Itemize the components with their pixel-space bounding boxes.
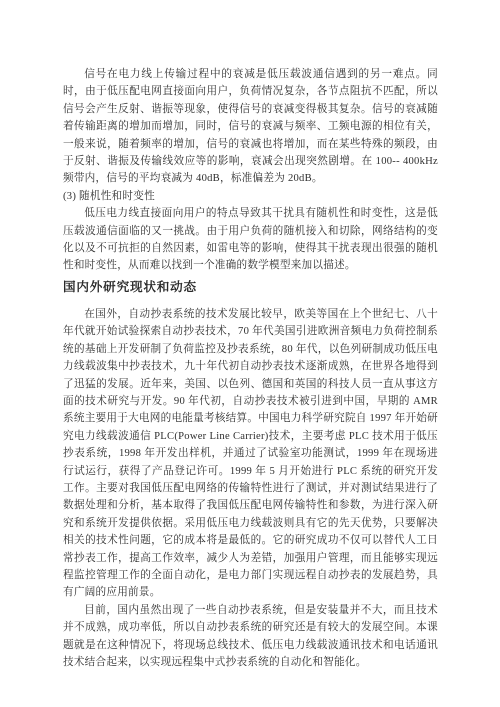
section-heading-research-status: 国内外研究现状和动态 [63,278,438,297]
document-page: 信号在电力线上传输过程中的衰减是低压载波通信遇到的另一难点。同时，由于低压配电网… [0,0,500,707]
paragraph-signal-attenuation: 信号在电力线上传输过程中的衰减是低压载波通信遇到的另一难点。同时，由于低压配电网… [63,66,438,188]
paragraph-current-domestic-status: 目前，国内虽然出现了一些自动抄表系统，但是安装量并不大，而且技术并不成熟，成功率… [63,602,438,672]
paragraph-domestic-foreign-research: 在国外，自动抄表系统的技术发展比较早，欧美等国在上个世纪七、八十年代就开始试验探… [63,306,438,602]
paragraph-randomness-time-variance: 低压电力线直接面向用户的特点导致其干扰具有随机性和时变性，这是低压载波通信面临的… [63,205,438,275]
list-label-randomness: (3) 随机性和时变性 [63,188,438,205]
